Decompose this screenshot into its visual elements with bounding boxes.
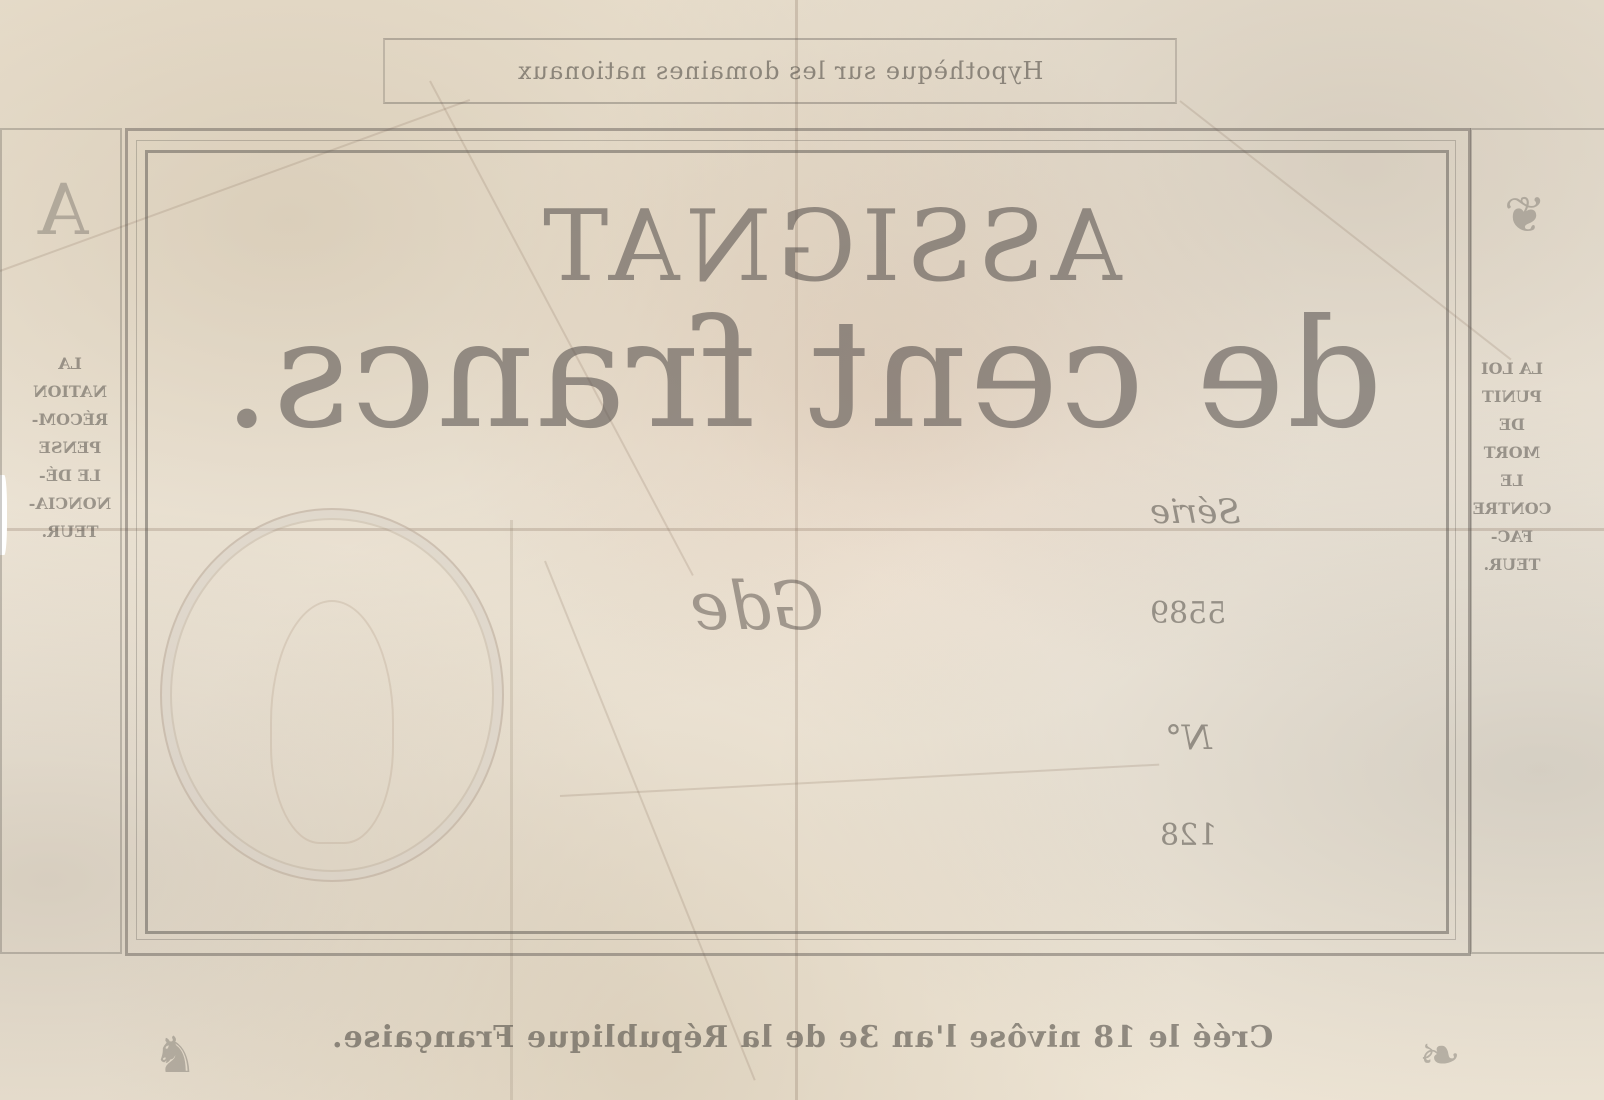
banknote-reverse: Hypothèque sur les domaines nationaux A …	[0, 0, 1604, 1100]
seal-figure-outline	[270, 600, 394, 844]
title-denomination: de cent francs.	[0, 300, 1604, 450]
note-number: 128	[1160, 818, 1217, 853]
top-banner-text: Hypothèque sur les domaines nationaux	[517, 40, 1043, 102]
left-column-text: LA NATION RÉCOM- PENSE LE DÉ- NONCIA- TE…	[20, 350, 120, 546]
title-assignat: ASSIGNAT	[0, 190, 1604, 304]
series-label: Série	[1150, 492, 1241, 532]
series-number: 5589	[1150, 596, 1226, 631]
signature: Gde	[690, 568, 824, 645]
bottom-creation-text: Créé le 18 nivôse l'an 3e de la Républiq…	[0, 1020, 1604, 1055]
right-column-text: LA LOI PUNIT DE MORT LE CONTRE FAC- TEUR…	[1462, 355, 1562, 579]
top-banner: Hypothèque sur les domaines nationaux	[383, 38, 1177, 104]
number-label: N°	[1165, 718, 1212, 758]
